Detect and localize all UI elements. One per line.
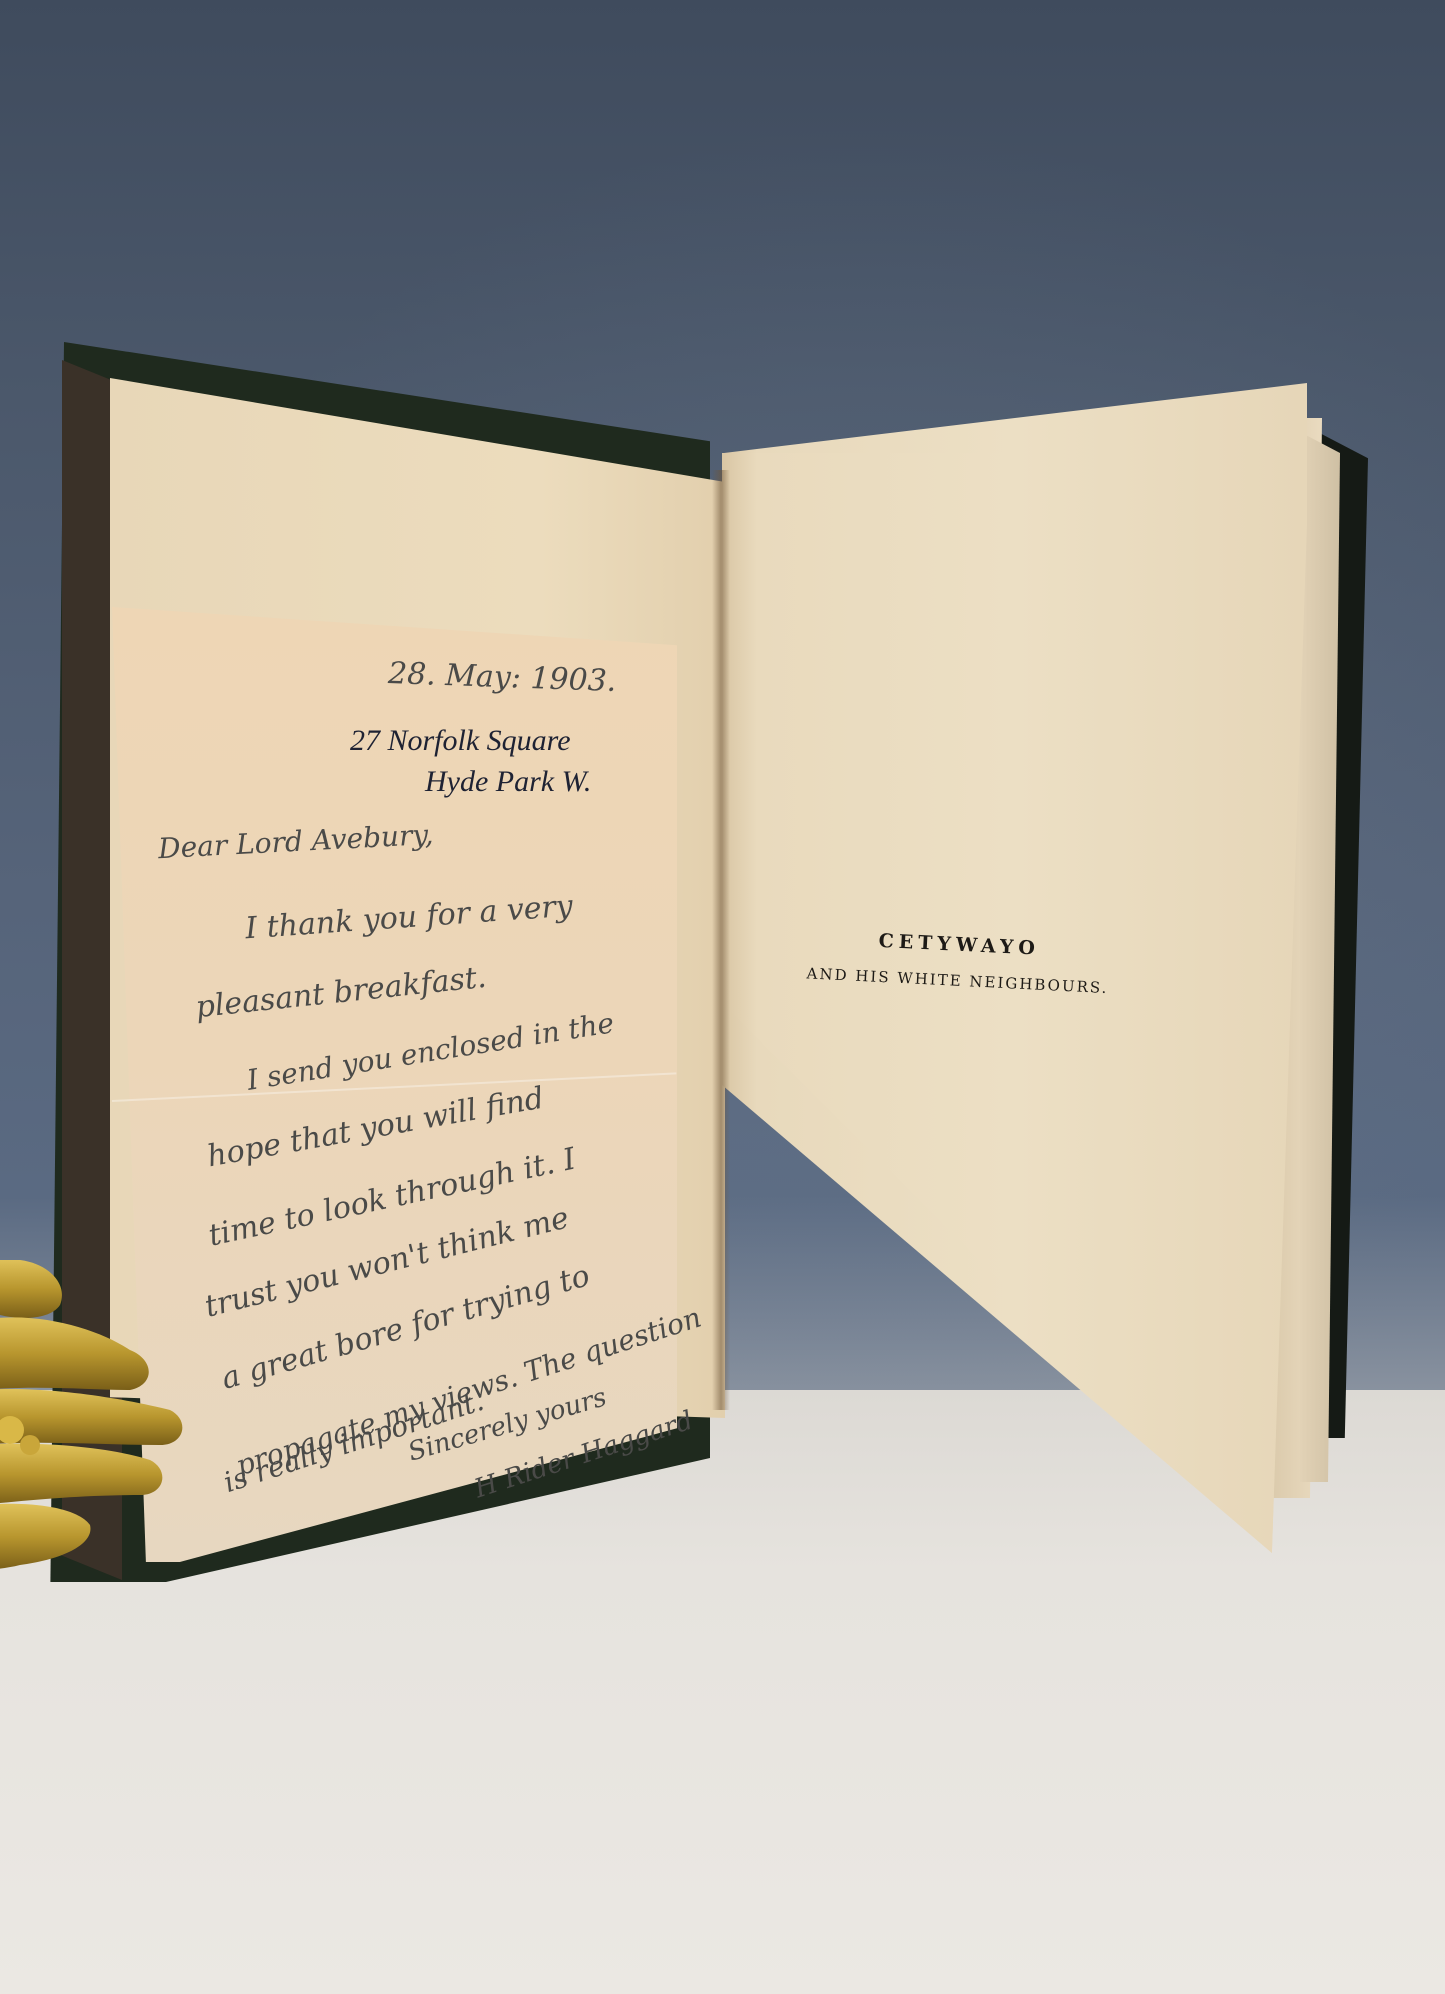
brass-hand-bookend-icon xyxy=(0,1260,210,1590)
letterhead-street: 27 Norfolk Square xyxy=(350,724,571,758)
letterhead-area: Hyde Park W. xyxy=(425,765,591,799)
book-gutter xyxy=(712,470,730,1410)
